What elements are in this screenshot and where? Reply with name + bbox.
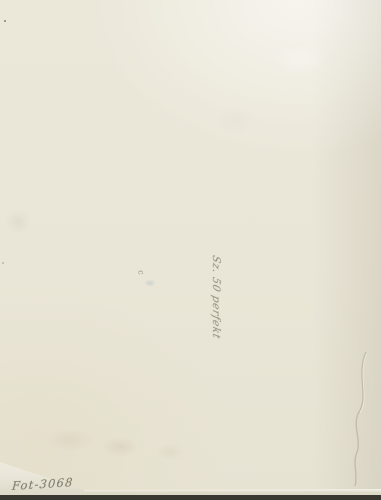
paper-texture: [0, 0, 381, 500]
photo-of-paper-verso: ɔ Sz. 50 perfekt Fot-3068: [0, 0, 381, 500]
pencil-inscription-rotated: Sz. 50 perfekt: [210, 254, 222, 365]
crease-line: [0, 0, 381, 500]
paper-speck: [2, 262, 4, 264]
paper-speck: [4, 20, 6, 22]
stray-pencil-mark: ɔ: [136, 270, 145, 275]
photo-verso-paper: ɔ Sz. 50 perfekt: [0, 0, 381, 500]
blue-smudge-stain: [144, 279, 156, 287]
